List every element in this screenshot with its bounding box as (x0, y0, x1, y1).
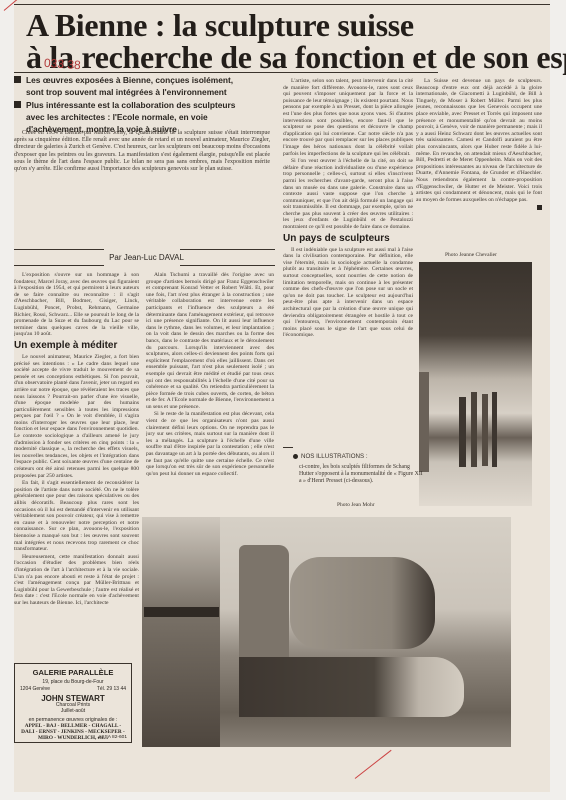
illustrations-note: NOS ILLUSTRATIONS : ci-contre, les bois … (293, 454, 423, 484)
sculpture-base (239, 657, 464, 717)
gallery-advertisement: GALERIE PARALLÈLE 19, place du Bourg-de-… (14, 663, 132, 743)
sculpture-shape (459, 397, 466, 467)
column-4: La Suisse est devenue un pays de sculpte… (416, 78, 542, 246)
bullet-dot-icon (293, 454, 298, 459)
bullet-square-icon (14, 101, 21, 108)
deck-item: Les œuvres exposées à Bienne, conçues is… (14, 74, 239, 98)
column-3: L'artiste, selon son talent, peut interv… (283, 78, 413, 448)
sculpture-shape (482, 394, 488, 466)
headline-line-1: A Bienne : la sculpture suisse (26, 8, 414, 42)
byline: Par Jean-Luc DAVAL (14, 253, 279, 262)
subhead: Un pays de sculpteurs (283, 232, 413, 246)
top-rule (14, 4, 550, 5)
bullet-square-icon (14, 76, 21, 83)
byline-rule-left (14, 249, 104, 250)
end-mark-icon (537, 205, 542, 210)
gallery-name: GALERIE PARALLÈLE (15, 668, 131, 677)
sculpture-shape (492, 392, 497, 467)
sculpture-slab (239, 545, 289, 660)
sculpture-cylinder (290, 557, 435, 649)
photo-credit: Photo Jean Mohr (337, 502, 375, 508)
blurred-foreground (142, 517, 220, 747)
sculpture-shape (471, 392, 477, 467)
dark-bar (144, 607, 219, 617)
column-2: Alain Tschumi a travaillé dès l'origine … (146, 272, 274, 504)
photo-credit: Photo Jeanne Chevalier (445, 252, 497, 258)
short-rule (283, 447, 293, 448)
byline-rule-right (180, 249, 275, 250)
handwritten-reference: 033 38 (44, 56, 82, 73)
subhead: Un exemple à méditer (14, 339, 139, 353)
column-1: L'exposition s'ouvre sur un hommage à so… (14, 272, 139, 657)
photo-hutter-sculptures (419, 262, 532, 506)
byline-rule-left-lower (14, 265, 104, 266)
article-lead: Créée en 1954 à Bienne par Marcel Joray,… (14, 130, 270, 174)
photo-presset-sculpture (142, 517, 511, 747)
byline-rule-right-lower (180, 265, 275, 266)
headline-line-2: à la recherche de sa fonction et de son … (26, 40, 566, 74)
article-deck: Les œuvres exposées à Bienne, conçues is… (14, 74, 239, 136)
